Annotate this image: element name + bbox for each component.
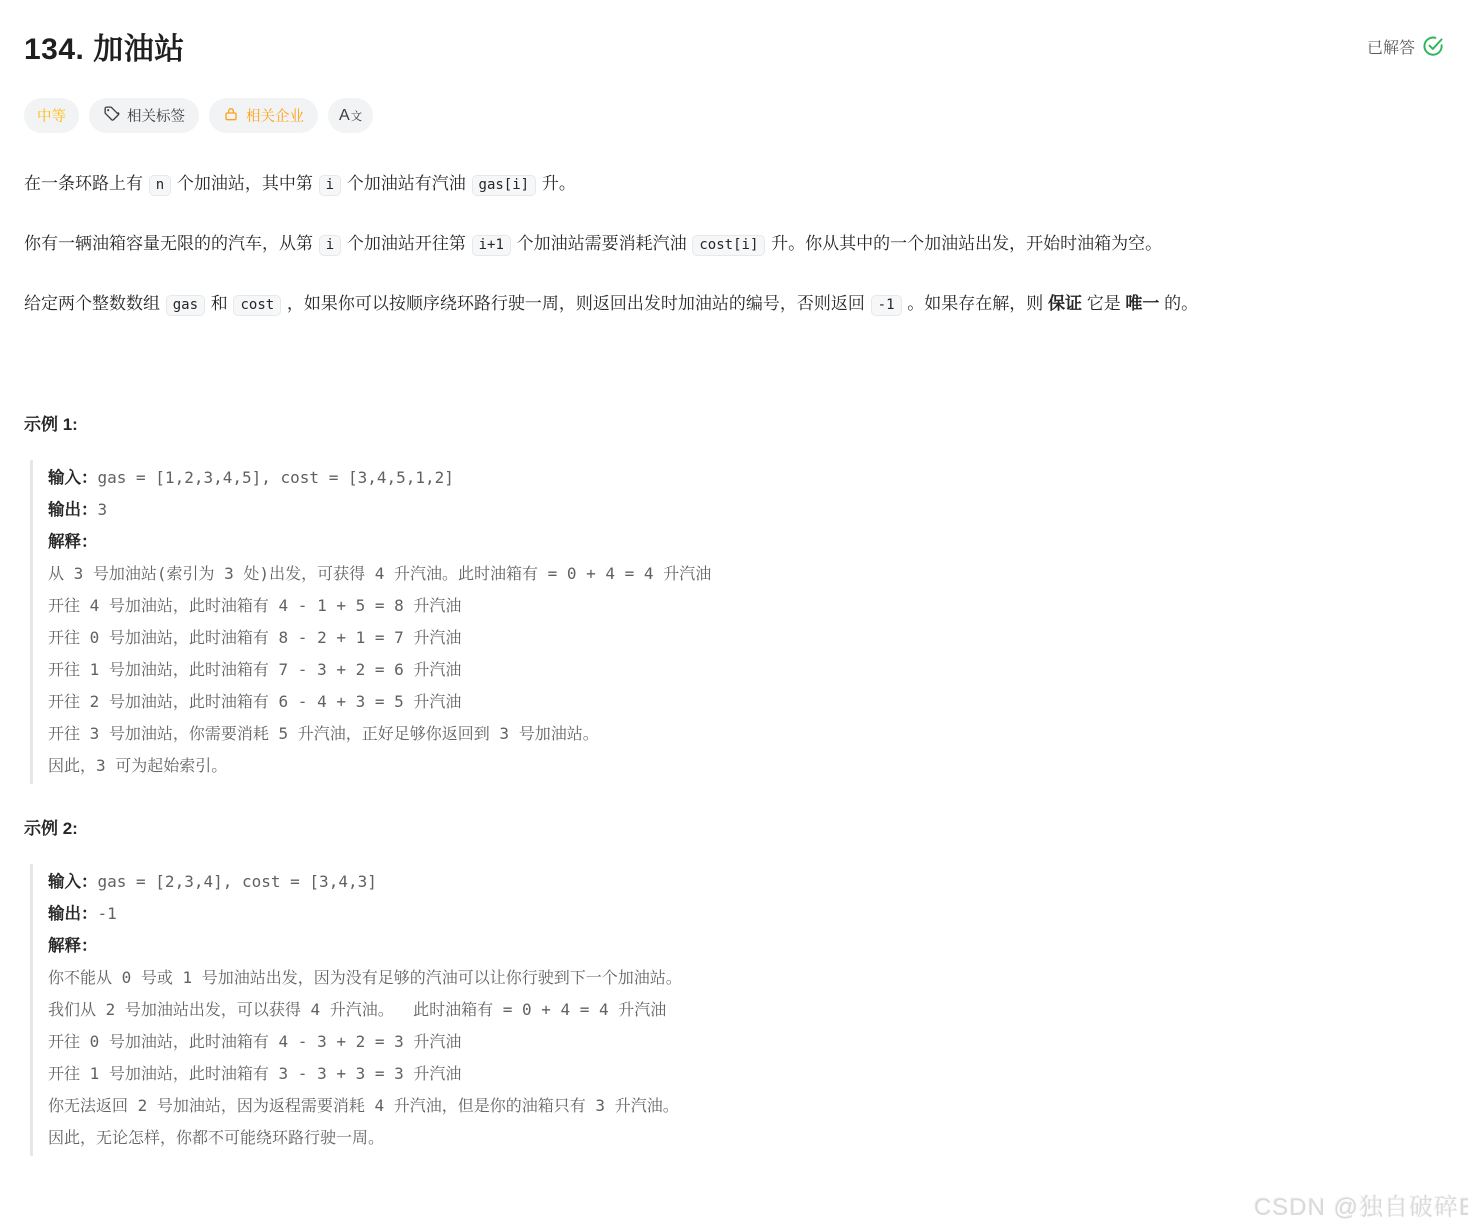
translate-toggle-button[interactable]: A文 [328, 98, 373, 133]
explanation-line: 开往 1 号加油站，此时油箱有 3 - 3 + 3 = 3 升汽油 [48, 1058, 1444, 1090]
explanation-line: 因此，无论怎样，你都不可能绕环路行驶一周。 [48, 1122, 1444, 1154]
output-value: -1 [98, 904, 117, 923]
inline-code: -1 [871, 295, 902, 316]
example-explanation-line: 解释： [48, 930, 1444, 962]
inline-code: i [319, 235, 341, 256]
text-run: 给定两个整数数组 [24, 294, 165, 313]
tag-icon [103, 105, 120, 126]
text-run: 它是 [1082, 294, 1125, 313]
example-block: 示例 2: 输入：gas = [2,3,4], cost = [3,4,3]输出… [24, 814, 1444, 1156]
badge-row: 中等 相关标签 相关企业 A文 [24, 98, 1444, 133]
input-label: 输入： [48, 873, 98, 891]
difficulty-badge[interactable]: 中等 [24, 98, 79, 133]
explanation-line: 开往 1 号加油站，此时油箱有 7 - 3 + 2 = 6 升汽油 [48, 654, 1444, 686]
output-label: 输出： [48, 905, 98, 923]
inline-code: gas[i] [472, 175, 537, 196]
inline-code: cost[i] [692, 235, 765, 256]
inline-code: gas [166, 295, 205, 316]
explanation-label: 解释： [48, 533, 98, 551]
output-value: 3 [98, 500, 108, 519]
check-circle-icon [1422, 35, 1444, 57]
text-run: 个加油站有汽油 [342, 174, 470, 193]
text-run: 你有一辆油箱容量无限的的汽车，从第 [24, 234, 318, 253]
text-run: 个加油站需要消耗汽油 [512, 234, 691, 253]
problem-header: 134. 加油站 已解答 [24, 24, 1444, 68]
inline-code: i+1 [472, 235, 511, 256]
text-run: 在一条环路上有 [24, 174, 148, 193]
description-paragraph: 给定两个整数数组 gas 和 cost ，如果你可以按顺序绕环路行驶一周，则返回… [24, 287, 1444, 322]
translate-icon: A文 [339, 107, 362, 125]
example-input-line: 输入：gas = [1,2,3,4,5], cost = [3,4,5,1,2] [48, 462, 1444, 494]
explanation-line: 从 3 号加油站(索引为 3 处)出发，可获得 4 升汽油。此时油箱有 = 0 … [48, 558, 1444, 590]
solved-label: 已解答 [1367, 35, 1415, 58]
explanation-line: 开往 0 号加油站，此时油箱有 8 - 2 + 1 = 7 升汽油 [48, 622, 1444, 654]
explanation-line: 你不能从 0 号或 1 号加油站出发，因为没有足够的汽油可以让你行驶到下一个加油… [48, 962, 1444, 994]
bold-text: 保证 [1048, 294, 1082, 313]
explanation-lines: 从 3 号加油站(索引为 3 处)出发，可获得 4 升汽油。此时油箱有 = 0 … [48, 558, 1444, 782]
example-input-line: 输入：gas = [2,3,4], cost = [3,4,3] [48, 866, 1444, 898]
inline-code: i [319, 175, 341, 196]
description-paragraph: 你有一辆油箱容量无限的的汽车，从第 i 个加油站开往第 i+1 个加油站需要消耗… [24, 227, 1444, 262]
lock-icon [223, 106, 239, 126]
explanation-line: 你无法返回 2 号加油站，因为返程需要消耗 4 升汽油，但是你的油箱只有 3 升… [48, 1090, 1444, 1122]
text-run: 的。 [1159, 294, 1198, 313]
explanation-lines: 你不能从 0 号或 1 号加油站出发，因为没有足够的汽油可以让你行驶到下一个加油… [48, 962, 1444, 1154]
example-label: 示例 2: [24, 814, 1444, 839]
example-pre: 输入：gas = [2,3,4], cost = [3,4,3]输出：-1解释：… [30, 864, 1444, 1156]
explanation-line: 我们从 2 号加油站出发，可以获得 4 升汽油。 此时油箱有 = 0 + 4 =… [48, 994, 1444, 1026]
example-explanation-line: 解释： [48, 526, 1444, 558]
explanation-label: 解释： [48, 937, 98, 955]
example-output-line: 输出：3 [48, 494, 1444, 526]
problem-page: 134. 加油站 已解答 中等 相关标签 [0, 24, 1468, 1156]
input-value: gas = [1,2,3,4,5], cost = [3,4,5,1,2] [98, 468, 454, 487]
example-block: 示例 1: 输入：gas = [1,2,3,4,5], cost = [3,4,… [24, 410, 1444, 784]
difficulty-label: 中等 [37, 105, 66, 126]
description-paragraph: 在一条环路上有 n 个加油站，其中第 i 个加油站有汽油 gas[i] 升。 [24, 167, 1444, 202]
explanation-line: 开往 4 号加油站，此时油箱有 4 - 1 + 5 = 8 升汽油 [48, 590, 1444, 622]
explanation-line: 开往 0 号加油站，此时油箱有 4 - 3 + 2 = 3 升汽油 [48, 1026, 1444, 1058]
problem-description: 在一条环路上有 n 个加油站，其中第 i 个加油站有汽油 gas[i] 升。 你… [24, 167, 1444, 322]
solved-status: 已解答 [1367, 35, 1444, 58]
related-tags-button[interactable]: 相关标签 [89, 98, 199, 133]
text-run: 个加油站，其中第 [172, 174, 317, 193]
page-title: 134. 加油站 [24, 24, 185, 68]
inline-code: n [149, 175, 171, 196]
related-companies-label: 相关企业 [246, 105, 304, 126]
input-label: 输入： [48, 469, 98, 487]
inline-code: cost [233, 295, 281, 316]
example-label: 示例 1: [24, 410, 1444, 435]
explanation-line: 因此，3 可为起始索引。 [48, 750, 1444, 782]
examples-section: 示例 1: 输入：gas = [1,2,3,4,5], cost = [3,4,… [24, 410, 1444, 1156]
output-label: 输出： [48, 501, 98, 519]
watermark: CSDN @独自破碎E [1254, 1187, 1468, 1222]
text-run: 个加油站开往第 [342, 234, 470, 253]
input-value: gas = [2,3,4], cost = [3,4,3] [98, 872, 377, 891]
explanation-line: 开往 2 号加油站，此时油箱有 6 - 4 + 3 = 5 升汽油 [48, 686, 1444, 718]
text-run: 升。你从其中的一个加油站出发，开始时油箱为空。 [766, 234, 1162, 253]
example-pre: 输入：gas = [1,2,3,4,5], cost = [3,4,5,1,2]… [30, 460, 1444, 784]
bold-text: 唯一 [1125, 294, 1159, 313]
example-output-line: 输出：-1 [48, 898, 1444, 930]
text-run: 升。 [537, 174, 576, 193]
related-tags-label: 相关标签 [127, 105, 185, 126]
related-companies-button[interactable]: 相关企业 [209, 98, 318, 133]
text-run: ，如果你可以按顺序绕环路行驶一周，则返回出发时加油站的编号，否则返回 [282, 294, 869, 313]
text-run: 和 [206, 294, 232, 313]
text-run: 。如果存在解，则 [903, 294, 1048, 313]
explanation-line: 开往 3 号加油站，你需要消耗 5 升汽油，正好足够你返回到 3 号加油站。 [48, 718, 1444, 750]
